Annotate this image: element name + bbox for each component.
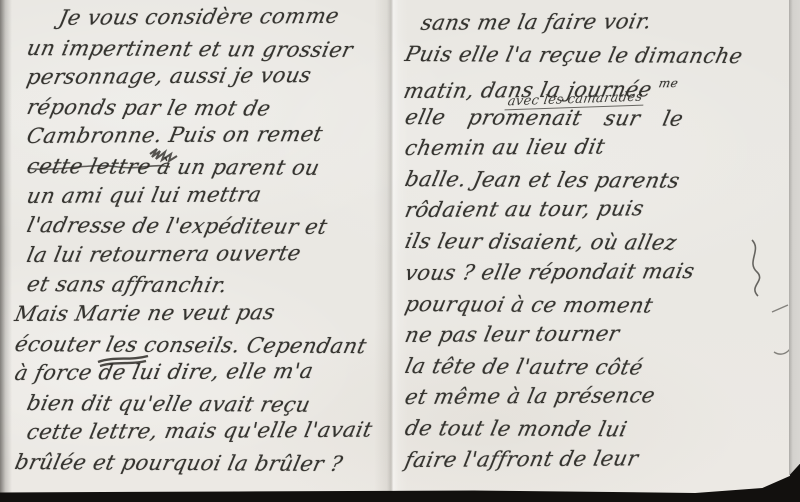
scan-right-margin (789, 0, 800, 488)
handwriting-line: Je vous considère comme (24, 2, 389, 34)
letter-paper: Je vous considère comme un impertinent e… (0, 0, 790, 502)
handwriting-line: un ami qui lui mettra (24, 179, 389, 211)
left-page: Je vous considère comme un impertinent e… (24, 4, 382, 478)
handwriting-line: sans me la faire voir. (402, 5, 795, 39)
handwriting-line: à force de lui dire, elle m'a (12, 357, 389, 389)
handwriting-line: Mais Marie ne veut pas (12, 297, 389, 329)
handwriting-line: ne pas leur tourner (402, 317, 795, 351)
manuscript-scan: Je vous considère comme un impertinent e… (0, 0, 800, 502)
handwriting-line: rôdaient au tour, puis (402, 192, 795, 226)
handwriting-line: chemin au lieu dit (402, 130, 795, 164)
right-page: sans me la faire voir. Puis elle l'a reç… (402, 8, 788, 476)
handwriting-line: et même à la présence (402, 380, 795, 414)
handwriting-line: brûlée et pourquoi la brûler ? (12, 448, 388, 480)
handwriting-line: la lui retournera ouverte (24, 238, 389, 270)
handwriting-line: cette lettre, mais qu'elle l'avait (24, 416, 389, 448)
interline-mark: me (657, 76, 679, 90)
handwriting-line: vous ? elle répondait mais (402, 255, 795, 289)
handwriting-line: personnage, aussi je vous (24, 61, 389, 93)
handwriting-line: Cambronne. Puis on remet (24, 120, 389, 152)
handwriting-line: faire l'affront de leur (402, 442, 795, 476)
